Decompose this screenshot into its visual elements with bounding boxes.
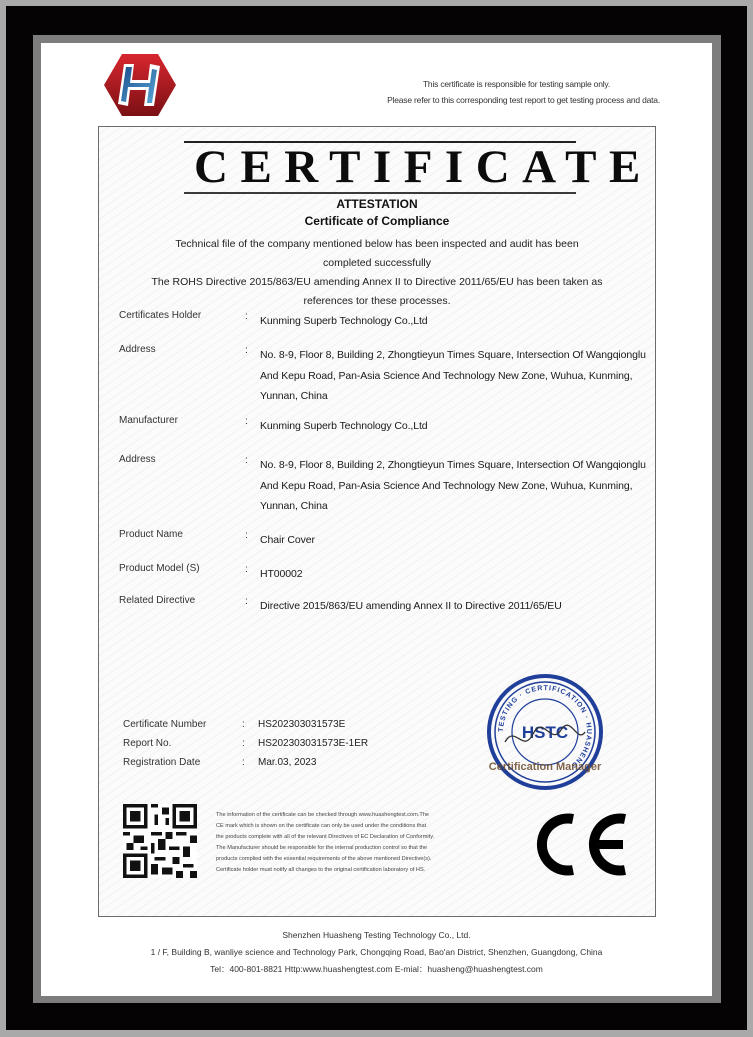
field-value: HT00002 [260,564,652,585]
notice-line: The information of the certificate can b… [216,810,496,821]
certificate-title: CERTIFICATE [184,143,576,191]
field-colon: : [245,563,248,575]
field-colon: : [245,595,248,607]
stamp-caption: Certification Manager [485,761,605,773]
field-colon: : [245,454,248,466]
intro-line: Technical file of the company mentioned … [129,235,625,254]
notice-line: Certificate holder must notify all chang… [216,865,496,876]
disclaimer-line-1: This certificate is responsible for test… [300,76,660,92]
title-block: CERTIFICATE [184,141,576,194]
field-value: No. 8-9, Floor 8, Building 2, Zhongtieyu… [260,455,652,517]
certificate-body: CERTIFICATE ATTESTATION Certificate of C… [98,126,656,917]
certificate-number-row: Certificate Number : HS202303031573E [123,719,443,735]
field-value: Directive 2015/863/EU amending Annex II … [260,596,652,617]
field-value: Kunming Superb Technology Co.,Ltd [260,416,652,437]
field-colon: : [245,415,248,427]
intro-line: completed successfully [129,254,625,273]
field-colon: : [245,310,248,322]
huasheng-logo-icon [102,52,178,118]
field-colon: : [245,344,248,356]
intro-line: The ROHS Directive 2015/863/EU amending … [129,273,625,292]
field-colon: : [245,529,248,541]
info-label: Certificate Number [123,719,206,730]
notice-line: The Manufacturer should be responsible f… [216,843,496,854]
info-colon: : [242,719,245,730]
compliance-subtitle: Certificate of Compliance [99,214,655,228]
info-label: Registration Date [123,757,200,768]
info-value: Mar.03, 2023 [258,757,316,768]
notice-line: products complied with the essential req… [216,854,496,865]
info-value: HS202303031573E [258,719,345,730]
field-value: Kunming Superb Technology Co.,Ltd [260,311,652,332]
field-label: Related Directive [119,595,195,606]
notice-text: The information of the certificate can b… [216,810,496,876]
info-colon: : [242,757,245,768]
issuer-contact: Tel：400-801-8821 Http:www.huashengtest.c… [41,963,712,975]
info-value: HS202303031573E-1ER [258,738,368,749]
field-label: Manufacturer [119,415,178,426]
field-label: Address [119,344,156,355]
certification-stamp-icon: TESTING · CERTIFICATION · HUASHENG HSTC [485,672,605,792]
intro-text: Technical file of the company mentioned … [99,235,655,311]
issuer-address: 1 / F, Building B, wanliye science and T… [41,947,712,957]
intro-line: references tor these processes. [129,292,625,311]
report-number-row: Report No. : HS202303031573E-1ER [123,738,443,754]
field-label: Address [119,454,156,465]
disclaimer-line-2: Please refer to this corresponding test … [300,92,660,108]
qr-code-icon[interactable] [123,804,197,878]
field-value: No. 8-9, Floor 8, Building 2, Zhongtieyu… [260,345,652,407]
info-colon: : [242,738,245,749]
disclaimer: This certificate is responsible for test… [300,76,660,108]
registration-date-row: Registration Date : Mar.03, 2023 [123,757,443,773]
field-label: Product Model (S) [119,563,200,574]
field-label: Certificates Holder [119,310,201,321]
issuer-company: Shenzhen Huasheng Testing Technology Co.… [41,930,712,940]
ce-mark-icon [529,812,629,877]
notice-line: CE mark which is shown on the certificat… [216,821,496,832]
field-value: Chair Cover [260,530,652,551]
attestation-heading: ATTESTATION [99,197,655,211]
field-label: Product Name [119,529,183,540]
info-label: Report No. [123,738,171,749]
notice-line: the products complete with all of the re… [216,832,496,843]
